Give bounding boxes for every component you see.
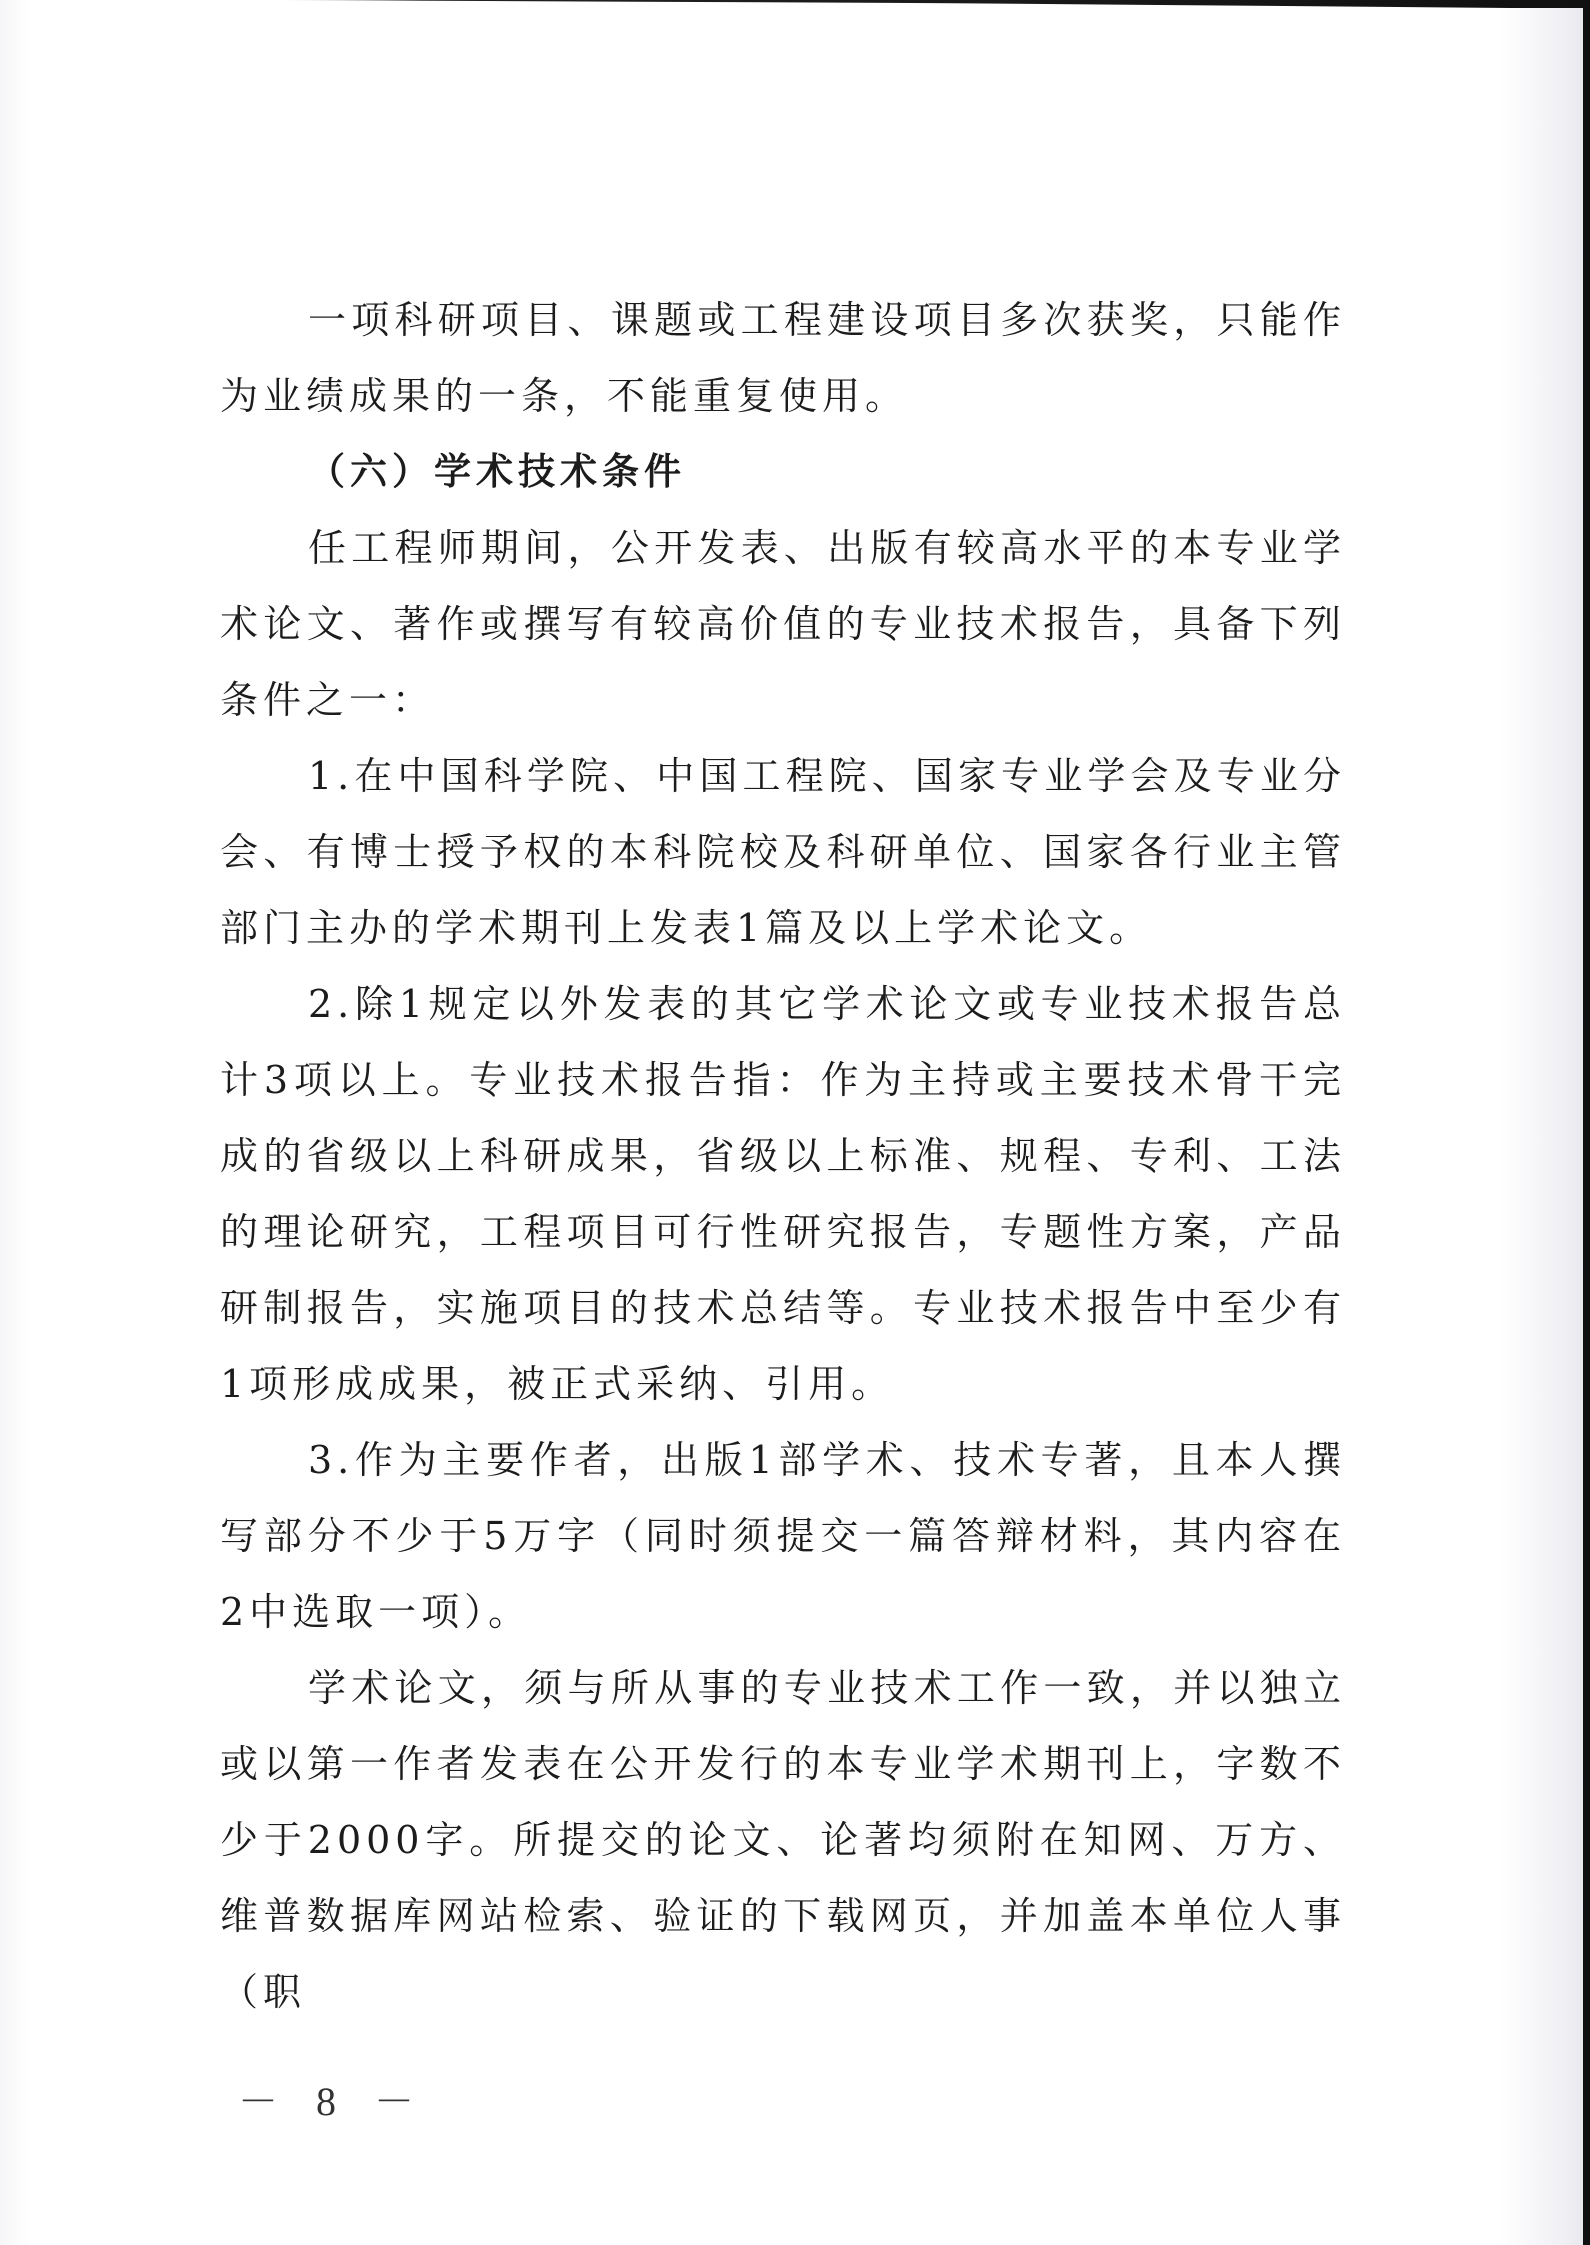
continuation-paragraph: 一项科研项目、课题或工程建设项目多次获奖，只能作为业绩成果的一条，不能重复使用。 [220,282,1346,434]
condition-text: 除1规定以外发表的其它学术论文或专业技术报告总计3项以上。专业技术报告指：作为主… [220,982,1346,1406]
condition-text: 作为主要作者，出版1部学术、技术专著，且本人撰写部分不少于5万字（同时须提交一篇… [220,1438,1346,1634]
document-body: 一项科研项目、课题或工程建设项目多次获奖，只能作为业绩成果的一条，不能重复使用。… [220,282,1346,2030]
intro-paragraph: 任工程师期间，公开发表、出版有较高水平的本专业学术论文、著作或撰写有较高价值的专… [220,510,1346,738]
condition-text: 在中国科学院、中国工程院、国家专业学会及专业分会、有博士授予权的本科院校及科研单… [220,754,1346,950]
condition-number: 2. [308,982,354,1026]
condition-number: 1. [308,754,354,798]
condition-number: 3. [308,1438,354,1482]
page-number: － 8 － [238,2070,428,2127]
section-heading: （六）学术技术条件 [220,434,1346,510]
condition-item-2: 2.除1规定以外发表的其它学术论文或专业技术报告总计3项以上。专业技术报告指：作… [220,966,1346,1422]
condition-item-3: 3.作为主要作者，出版1部学术、技术专著，且本人撰写部分不少于5万字（同时须提交… [220,1422,1346,1650]
closing-paragraph: 学术论文，须与所从事的专业技术工作一致，并以独立或以第一作者发表在公开发行的本专… [220,1650,1346,2030]
condition-item-1: 1.在中国科学院、中国工程院、国家专业学会及专业分会、有博士授予权的本科院校及科… [220,738,1346,966]
scan-right-border [1583,0,1590,2245]
